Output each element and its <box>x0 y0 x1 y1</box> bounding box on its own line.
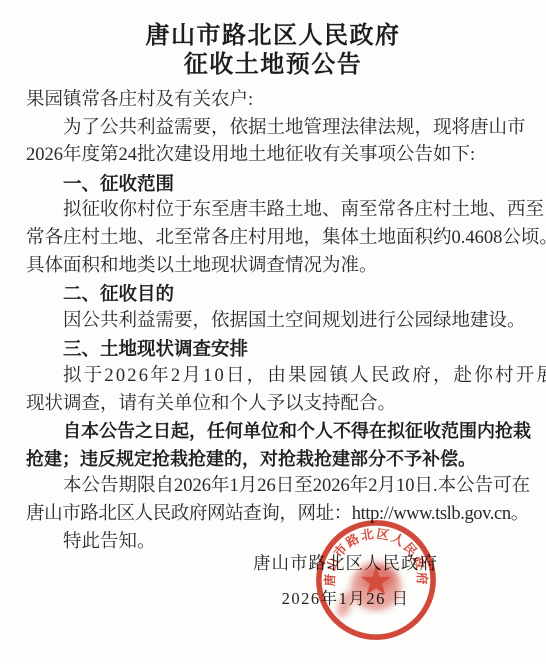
title-line-government: 唐山市路北区人民政府 <box>0 21 546 50</box>
body-line: 2026年度第24批次建设用地土地征收有关事项公告如下: <box>26 142 532 170</box>
scanned-notice-page: 唐山市路北区人民政府 征收土地预公告 果园镇常各庄村及有关农户: 为了公共利益需… <box>0 0 546 664</box>
body-line: 拟于2026年2月10日，由果园镇人民政府，赴你村开展土地 <box>26 363 532 391</box>
addressee-line: 果园镇常各庄村及有关农户: <box>26 87 532 115</box>
signature-date: 2026年1月26 日 <box>253 585 438 609</box>
body-line-website: 唐山市路北区人民政府网站查询，网址：http://www.tslb.gov.cn… <box>26 501 532 529</box>
document-body: 果园镇常各庄村及有关农户: 为了公共利益需要，依据土地管理法律法规，现将唐山市 … <box>26 87 532 556</box>
body-line: 常各庄村土地、北至常各庄村用地，集体土地面积约0.4608公顷。 <box>26 225 532 253</box>
section-heading-2: 二、征收目的 <box>26 280 532 308</box>
body-line: 拟征收你村位于东至唐丰路土地、南至常各庄村土地、西至 <box>26 197 532 225</box>
section-heading-3: 三、土地现状调查安排 <box>26 335 532 363</box>
document-title: 唐山市路北区人民政府 征收土地预公告 <box>0 0 546 79</box>
body-line: 因公共利益需要，依据国土空间规划进行公园绿地建设。 <box>26 308 532 336</box>
warning-line: 自本公告之日起，任何单位和个人不得在拟征收范围内抢栽 <box>26 418 532 446</box>
body-line: 本公告期限自2026年1月26日至2026年2月10日.本公告可在 <box>26 473 532 501</box>
section-heading-1: 一、征收范围 <box>26 170 532 198</box>
title-line-notice: 征收土地预公告 <box>0 50 546 79</box>
body-line: 具体面积和地类以土地现状调查情况为准。 <box>26 253 532 281</box>
signature-block: 唐山市路北区人民政府 2026年1月26 日 <box>253 550 438 609</box>
body-line: 为了公共利益需要，依据土地管理法律法规，现将唐山市 <box>26 115 532 143</box>
signature-name: 唐山市路北区人民政府 <box>253 550 438 575</box>
warning-line: 抢建；违反规定抢栽抢建的，对抢栽抢建部分不予补偿。 <box>26 446 532 474</box>
body-line: 现状调查，请有关单位和个人予以支持配合。 <box>26 391 532 419</box>
